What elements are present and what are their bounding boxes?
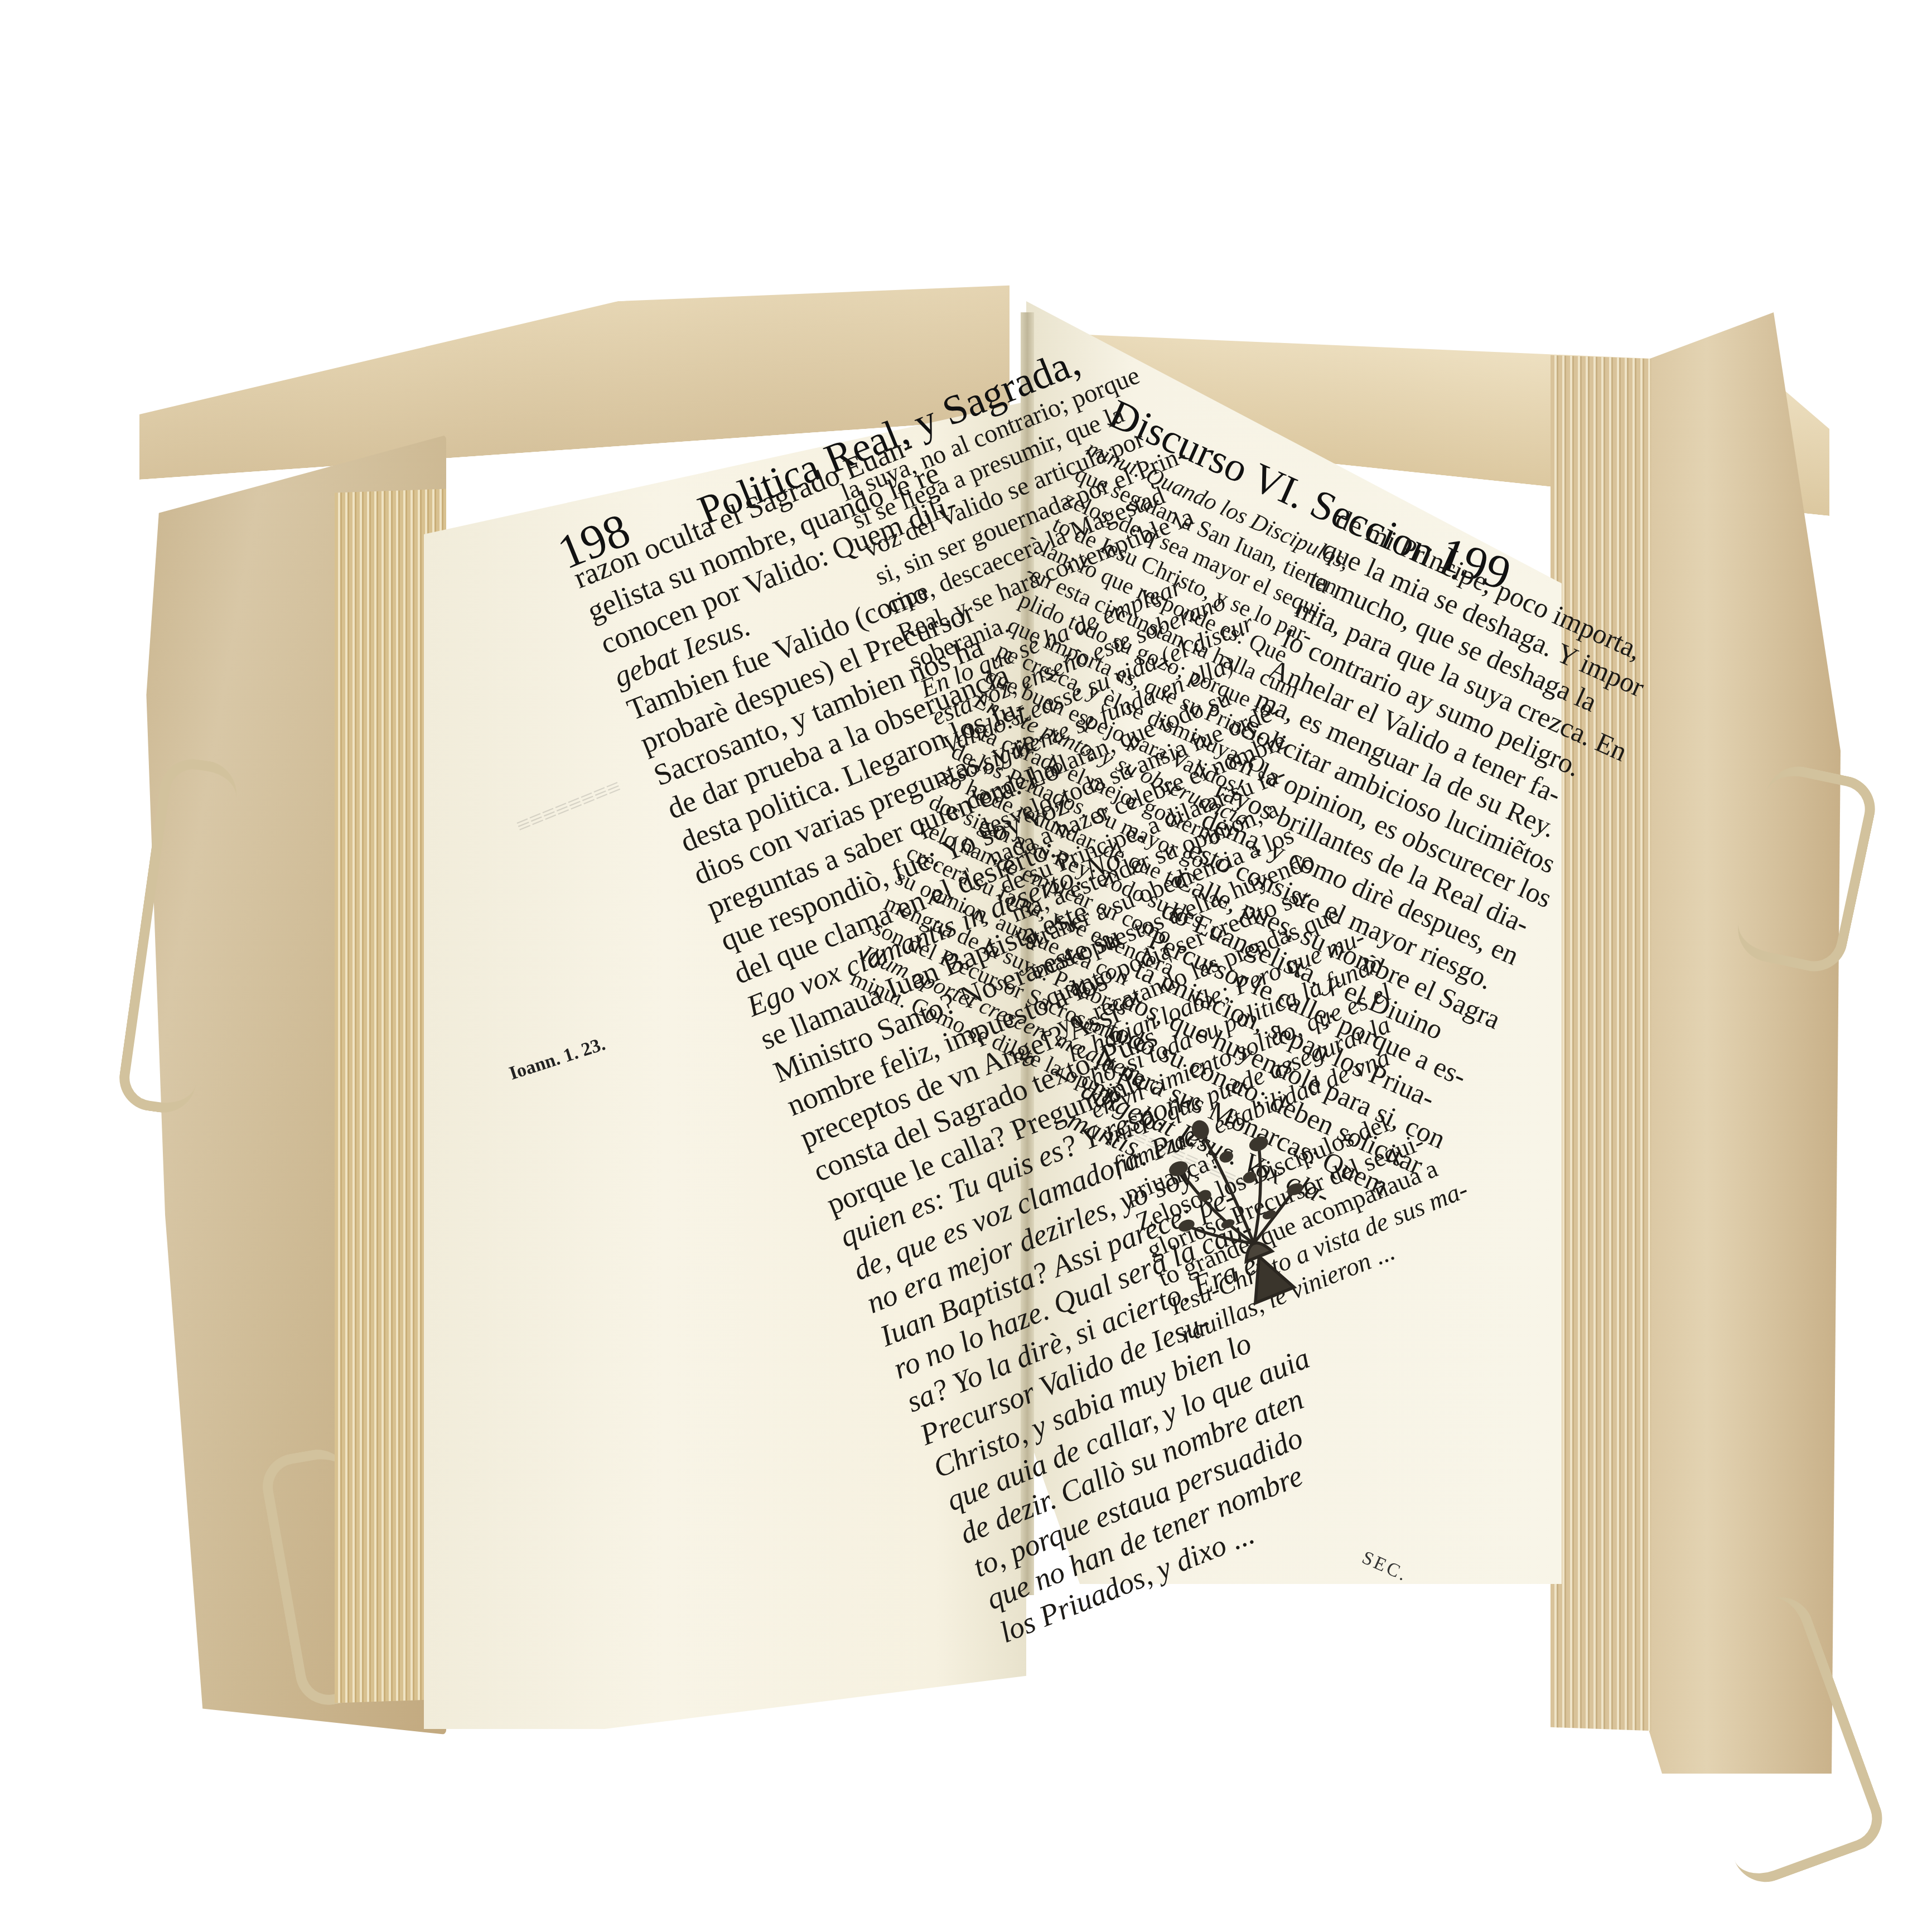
leather-tie-right-lower [1655,1588,1892,1891]
book-photo: ≡≡≡≡≡≡≡≡ ≡≡≡≡≡≡≡≡≡≡ 198 Politica Real, y… [0,0,1932,1932]
vellum-cover-right-board [1617,312,1841,1774]
page-block-edge-right [1551,355,1651,1731]
